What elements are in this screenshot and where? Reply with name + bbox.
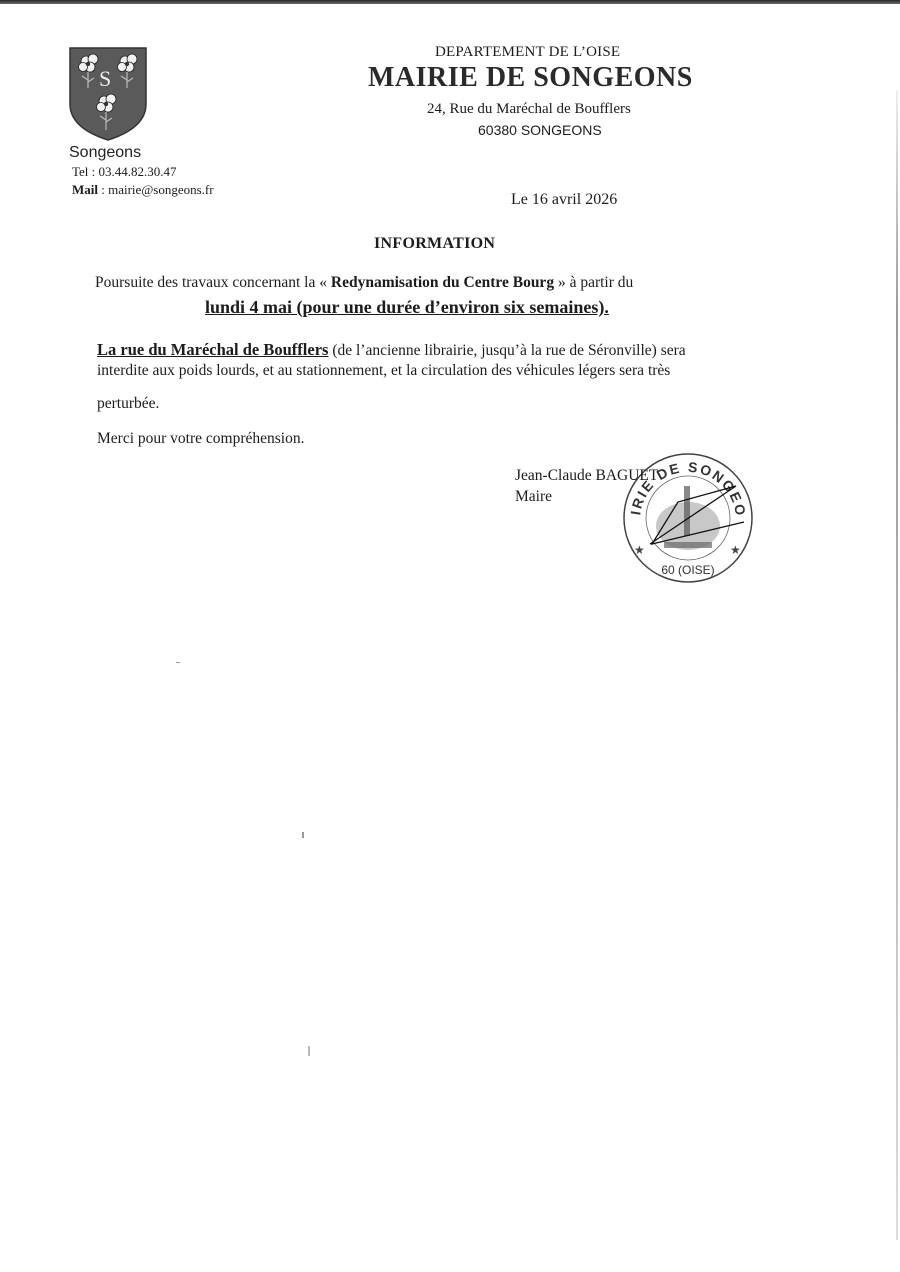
works-suffix: » à partir du [554, 274, 633, 291]
closing-thanks: Merci pour votre compréhension. [97, 430, 304, 448]
scan-border-right [896, 90, 898, 1240]
email: Mail : mairie@songeons.fr [72, 182, 214, 198]
paragraph-street-line2: interdite aux poids lourds, et au statio… [97, 362, 670, 380]
tel-value: : 03.44.82.30.47 [88, 164, 176, 179]
town-name: Songeons [69, 144, 141, 162]
scan-speck [176, 662, 180, 663]
mairie-title: MAIRIE DE SONGEONS [368, 62, 693, 94]
svg-text:60 (OISE): 60 (OISE) [661, 563, 714, 577]
paragraph-street-line1: La rue du Maréchal de Boufflers (de l’an… [97, 340, 686, 360]
works-prefix: Poursuite des travaux concernant la « [95, 274, 331, 291]
paragraph-works: Poursuite des travaux concernant la « Re… [95, 274, 633, 292]
tel-label: Tel [72, 164, 88, 179]
department: DEPARTEMENT DE L’OISE [435, 44, 620, 61]
document-title: INFORMATION [374, 235, 495, 253]
project-name: Redynamisation du Centre Bourg [331, 274, 554, 291]
telephone: Tel : 03.44.82.30.47 [72, 164, 177, 180]
crest-letter: S [99, 66, 111, 92]
svg-text:★: ★ [634, 543, 645, 557]
svg-text:★: ★ [730, 543, 741, 557]
mail-label: Mail [72, 182, 98, 197]
scan-speck [302, 832, 304, 838]
address-street: 24, Rue du Maréchal de Boufflers [427, 101, 631, 118]
letter-date: Le 16 avril 2026 [511, 191, 617, 209]
street-details: (de l’ancienne librairie, jusqu’à la rue… [328, 342, 685, 359]
paragraph-street-line3: perturbée. [97, 395, 159, 413]
coat-of-arms-icon: S [68, 46, 148, 142]
mail-value: : mairie@songeons.fr [98, 182, 214, 197]
street-name: La rue du Maréchal de Boufflers [97, 340, 328, 359]
works-dates: lundi 4 mai (pour une durée d’environ si… [205, 297, 609, 318]
scan-speck [308, 1046, 310, 1056]
scan-border-top [0, 0, 900, 4]
address-postcode: 60380 SONGEONS [478, 122, 602, 138]
signer-role: Maire [515, 488, 552, 506]
signer-name: Jean-Claude BAGUET [515, 467, 658, 485]
